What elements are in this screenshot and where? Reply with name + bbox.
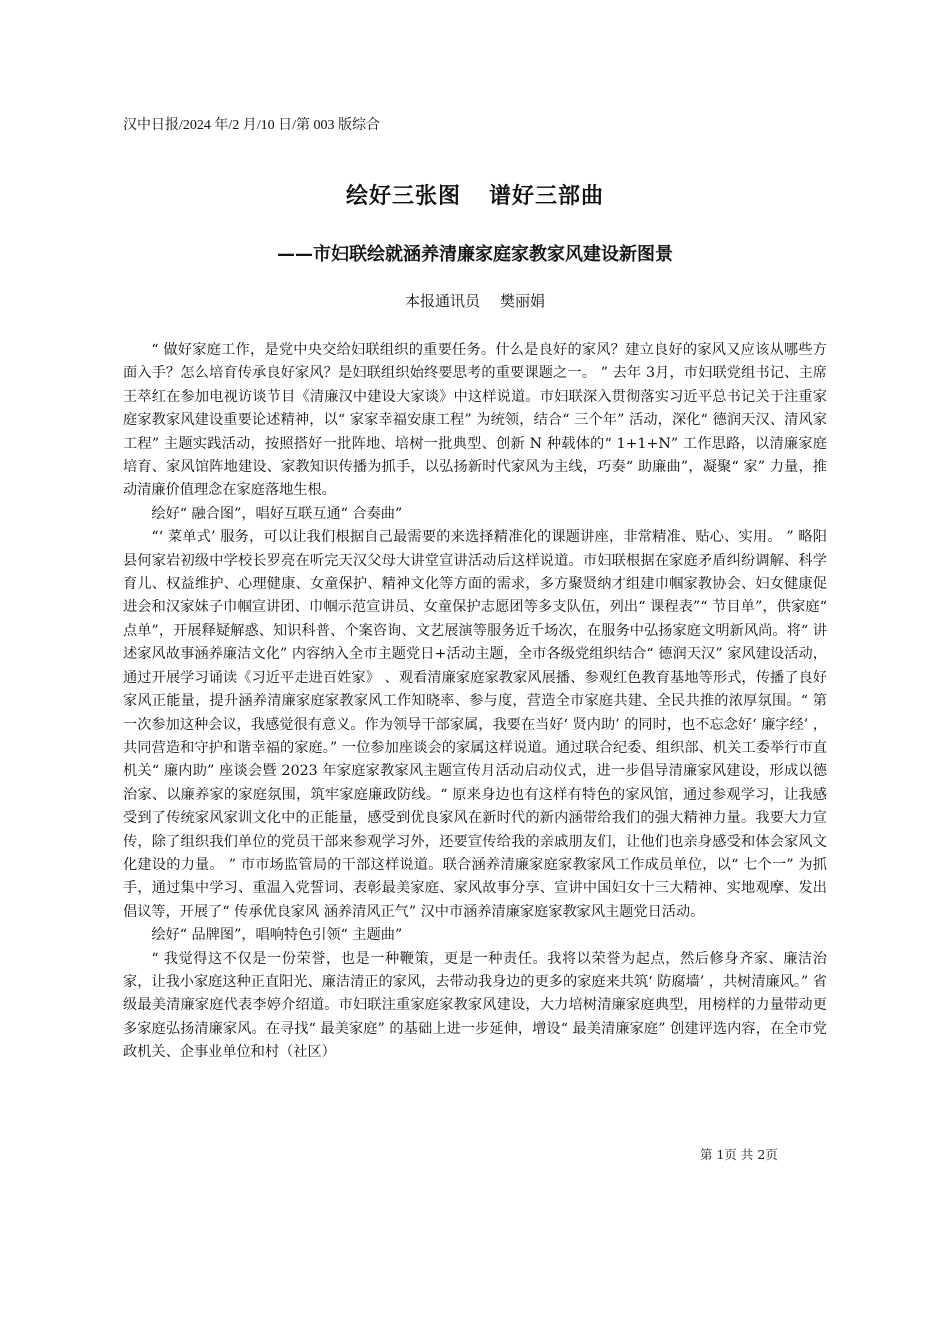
article-title: 绘好三张图谱好三部曲 bbox=[0, 180, 950, 214]
byline: 本报通讯员樊丽娟 bbox=[0, 288, 950, 314]
title-part-1: 绘好三张图 bbox=[346, 184, 461, 209]
page-number: 第 1页 共 2页 bbox=[700, 1146, 820, 1164]
article-subtitle: ——市妇联绘就涵养清廉家庭家教家风建设新图景 bbox=[0, 240, 950, 270]
section-heading-2: 绘好“ 品牌图”，唱响特色引领“ 主题曲” bbox=[123, 924, 827, 947]
paragraph-section-1: “‘ 菜单式’ 服务，可以让我们根据自己最需要的来选择精准化的课题讲座，非常精准… bbox=[123, 526, 827, 924]
paragraph-section-2: “ 我觉得这不仅是一份荣誉，也是一种鞭策，更是一种责任。我将以荣誉为起点，然后修… bbox=[123, 948, 827, 1065]
byline-role: 本报通讯员 bbox=[405, 292, 480, 310]
section-heading-1: 绘好“ 融合图”，唱好互联互通“ 合奏曲” bbox=[123, 503, 827, 526]
article-body: “ 做好家庭工作，是党中央交给妇联组织的重要任务。什么是良好的家风？建立良好的家… bbox=[123, 339, 827, 1065]
source-line: 汉中日报/2024 年/2 月/10 日/第 003 版综合 bbox=[123, 114, 423, 137]
title-part-2: 谱好三部曲 bbox=[489, 184, 604, 209]
byline-name: 樊丽娟 bbox=[500, 292, 545, 310]
document-page: 汉中日报/2024 年/2 月/10 日/第 003 版综合 绘好三张图谱好三部… bbox=[0, 0, 950, 1344]
paragraph-intro: “ 做好家庭工作，是党中央交给妇联组织的重要任务。什么是良好的家风？建立良好的家… bbox=[123, 339, 827, 503]
